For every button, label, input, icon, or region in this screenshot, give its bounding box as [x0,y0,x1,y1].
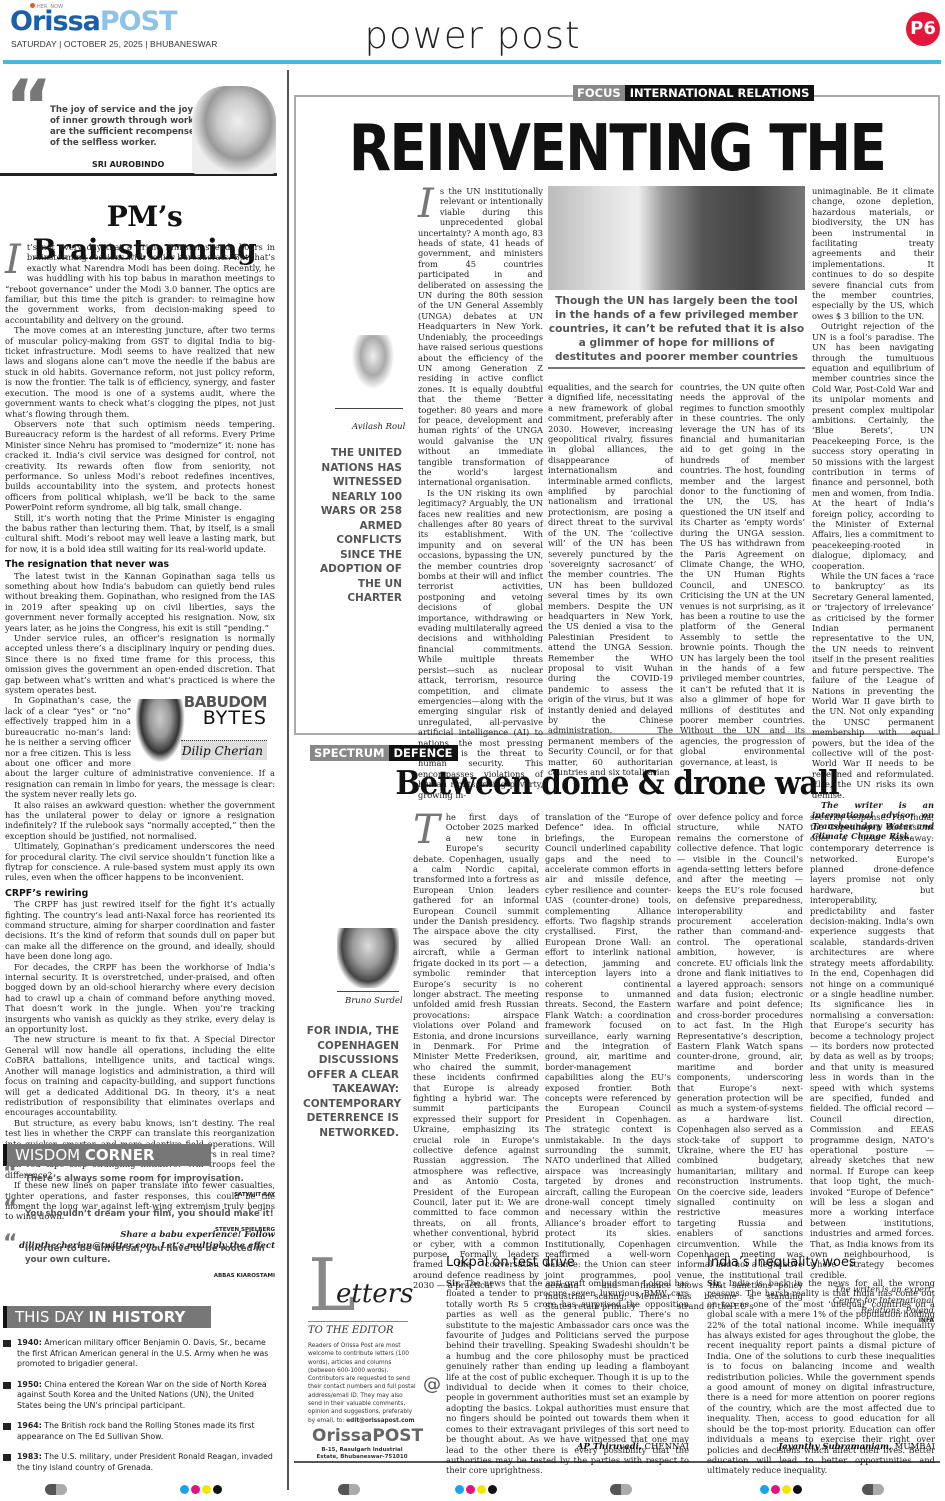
letters-to-editor: L etters TO THE EDITOR Readers of Orissa… [294,1245,940,1463]
drop-cap: I [418,188,434,220]
editor-email-link[interactable]: edit@orissapost.com [346,1418,414,1424]
history-item: 1964: The British rock band the Rolling … [3,1421,281,1442]
defence-headline[interactable]: Between dome & drone wall [326,763,907,802]
color-registration-icon [180,1485,222,1494]
wisdom-quote: “In order to be universal, you have to b… [3,1244,281,1282]
photo-caption: Though the UN has largely been the tool … [548,294,805,369]
history-item: 1950: China entered the Korean War on th… [3,1380,281,1412]
un-headquarters-photo [548,186,805,290]
registration-mark-icon [338,1484,360,1495]
registration-mark-icon [862,1484,884,1495]
focus-column-2: equalities, and the search for a dignifi… [548,382,673,777]
email-at-icon: @ [423,1374,441,1395]
quote-mark-icon: “ [3,1203,17,1214]
drop-cap: T [413,814,440,846]
author-photo [348,335,398,395]
defence-byline: Bruno Surdel [345,996,403,1006]
defence-kicker: SPECTRUMDEFENCE [310,745,458,761]
quote-mark-icon: “ [3,1168,17,1179]
letters-submission-info: Readers of Orissa Post are most welcome … [308,1342,418,1425]
defence-column-3: over defence policy and force structure,… [677,812,803,1312]
quote-author: SRI AUROBINDO [92,160,164,169]
letter-title: India’s inequality woes [707,1255,856,1270]
color-registration-icon [760,1485,802,1494]
subhead-crpf: CRPF’s rewiring [5,889,275,899]
masthead: OrissaPOST HER. NOW SATURDAY | OCTOBER 2… [0,0,945,65]
history-item: 1940: American military officer Benjamin… [3,1338,281,1370]
focus-column-3: countries, the UN quite often needs the … [680,382,805,767]
dot-icon [30,3,35,8]
left-column: “ The joy of service and the joy of inne… [0,70,289,1490]
this-day-in-history: THIS DAY IN HISTORY 1940: American milit… [3,1306,281,1473]
focus-kicker: FOCUSINTERNATIONAL RELATIONS [573,85,814,101]
quote-of-day: “ The joy of service and the joy of inne… [0,80,277,176]
subhead-resignation: The resignation that never was [5,560,275,570]
history-item: 1983: The U.S. military, under President… [3,1452,281,1473]
babudom-bytes-badge: BABUDOM BYTES Dilip Cherian [135,697,275,765]
focus-byline: Avilash Roul [352,422,405,432]
author-portrait-image [192,86,276,174]
office-address: B-15, Rasulgarh Industrial Estate, Bhuba… [312,1447,412,1461]
focus-column-1: Is the UN institutionally relevant or in… [418,186,543,800]
focus-column-4: unimaginable. Be it climate change, ozon… [812,186,934,842]
registration-mark-icon [610,1484,632,1495]
columnist-name: Dilip Cherian [181,740,267,760]
page-number-badge: P6 [906,12,940,46]
defence-column-1: The first days of October 2025 marked a … [413,812,539,1291]
byline-divider [335,408,403,409]
quote-text: The joy of service and the joy of inner … [50,105,200,149]
wisdom-quote: “You shouldn’t dream your film, you shou… [3,1209,281,1236]
orissa-post-footer-logo: OrissaPOST [312,1426,423,1446]
color-registration-icon [455,1485,497,1494]
quote-mark-icon: “ [3,1238,17,1249]
column-body: It’s not every day that a Prime Minister… [5,242,275,1252]
quote-mark-icon: “ [5,70,52,142]
focus-pullquote: THE UNITED NATIONS HAS WITNESSED NEARLY … [300,446,402,606]
letter-title: Lokpal on test drive [446,1255,575,1270]
drop-cap: I [5,244,21,276]
byline-divider [337,991,399,992]
letter-signature: AP Thiruvadi, CHENNAI [446,1442,689,1452]
section-title: power post [0,14,945,57]
history-header: THIS DAY IN HISTORY [3,1306,211,1328]
logo-tagline: HER. NOW [30,3,63,10]
registration-mark-icon [45,1484,67,1495]
wisdom-corner-header: WISDOM CORNER [3,1144,211,1166]
columnist-photo [135,699,185,763]
wisdom-corner: WISDOM CORNER “There’s always some room … [3,1144,281,1282]
wisdom-quote: “There’s always some room for improvisat… [3,1174,281,1201]
defence-column-2: translation of the “Europe of Defence” i… [545,812,671,1312]
masthead-divider [3,60,941,64]
defence-pullquote: FOR INDIA, THE COPENHAGEN DISCUSSIONS OF… [303,1024,399,1140]
author-photo [337,928,399,988]
letter-signature: Jayanthy Subramaniam, MUMBAI [707,1442,935,1452]
